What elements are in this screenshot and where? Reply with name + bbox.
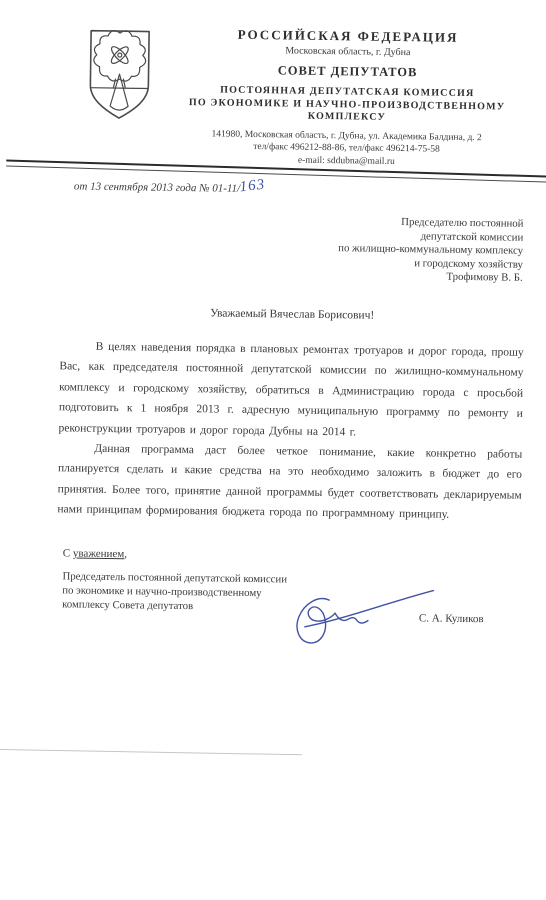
letterhead-council: СОВЕТ ДЕПУТАТОВ	[150, 62, 546, 83]
addressee-name: Трофимову В. Б.	[338, 270, 523, 286]
addressee-block: Председателю постоянной депутатской коми…	[338, 215, 524, 286]
signer-name: С. А. Куликов	[419, 612, 484, 625]
closing-comma: ,	[124, 548, 127, 560]
reference-handwritten-number: 163	[239, 177, 266, 197]
signer-title-block: Председатель постоянной депутатской коми…	[62, 569, 287, 614]
scanned-letter-page: РОССИЙСКАЯ ФЕДЕРАЦИЯ Московская область,…	[0, 0, 546, 900]
reference-line: от 13 сентября 2013 года № 01-11/163	[74, 177, 266, 197]
ground-line	[90, 88, 148, 89]
closing-line: С уважением,	[63, 547, 127, 560]
letter-body: В целях наведения порядка в плановых рем…	[57, 336, 524, 526]
letterhead: РОССИЙСКАЯ ФЕДЕРАЦИЯ Московская область,…	[148, 26, 546, 171]
addressee-line: по жилищно-коммунальному комплексу	[338, 242, 523, 258]
body-paragraph-1: В целях наведения порядка в плановых рем…	[58, 336, 523, 444]
atom-nucleus	[118, 53, 122, 57]
handwritten-signature	[285, 579, 436, 651]
closing-prefix: С	[63, 547, 73, 559]
scan-artifact-line	[0, 749, 302, 755]
letterhead-commission: ПОСТОЯННАЯ ДЕПУТАТСКАЯ КОМИССИЯ ПО ЭКОНО…	[149, 84, 545, 127]
salutation: Уважаемый Вячеслав Борисович!	[60, 305, 524, 323]
dubna-coat-of-arms-emblem	[87, 27, 152, 122]
body-paragraph-2: Данная программа даст более четкое поним…	[57, 438, 522, 526]
signature-long-stroke	[305, 589, 434, 629]
closing-word: уважением	[73, 548, 125, 561]
reference-printed: от 13 сентября 2013 года № 01-11/	[74, 180, 240, 194]
letterhead-contacts: 141980, Московская область, г. Дубна, ул…	[148, 127, 544, 170]
